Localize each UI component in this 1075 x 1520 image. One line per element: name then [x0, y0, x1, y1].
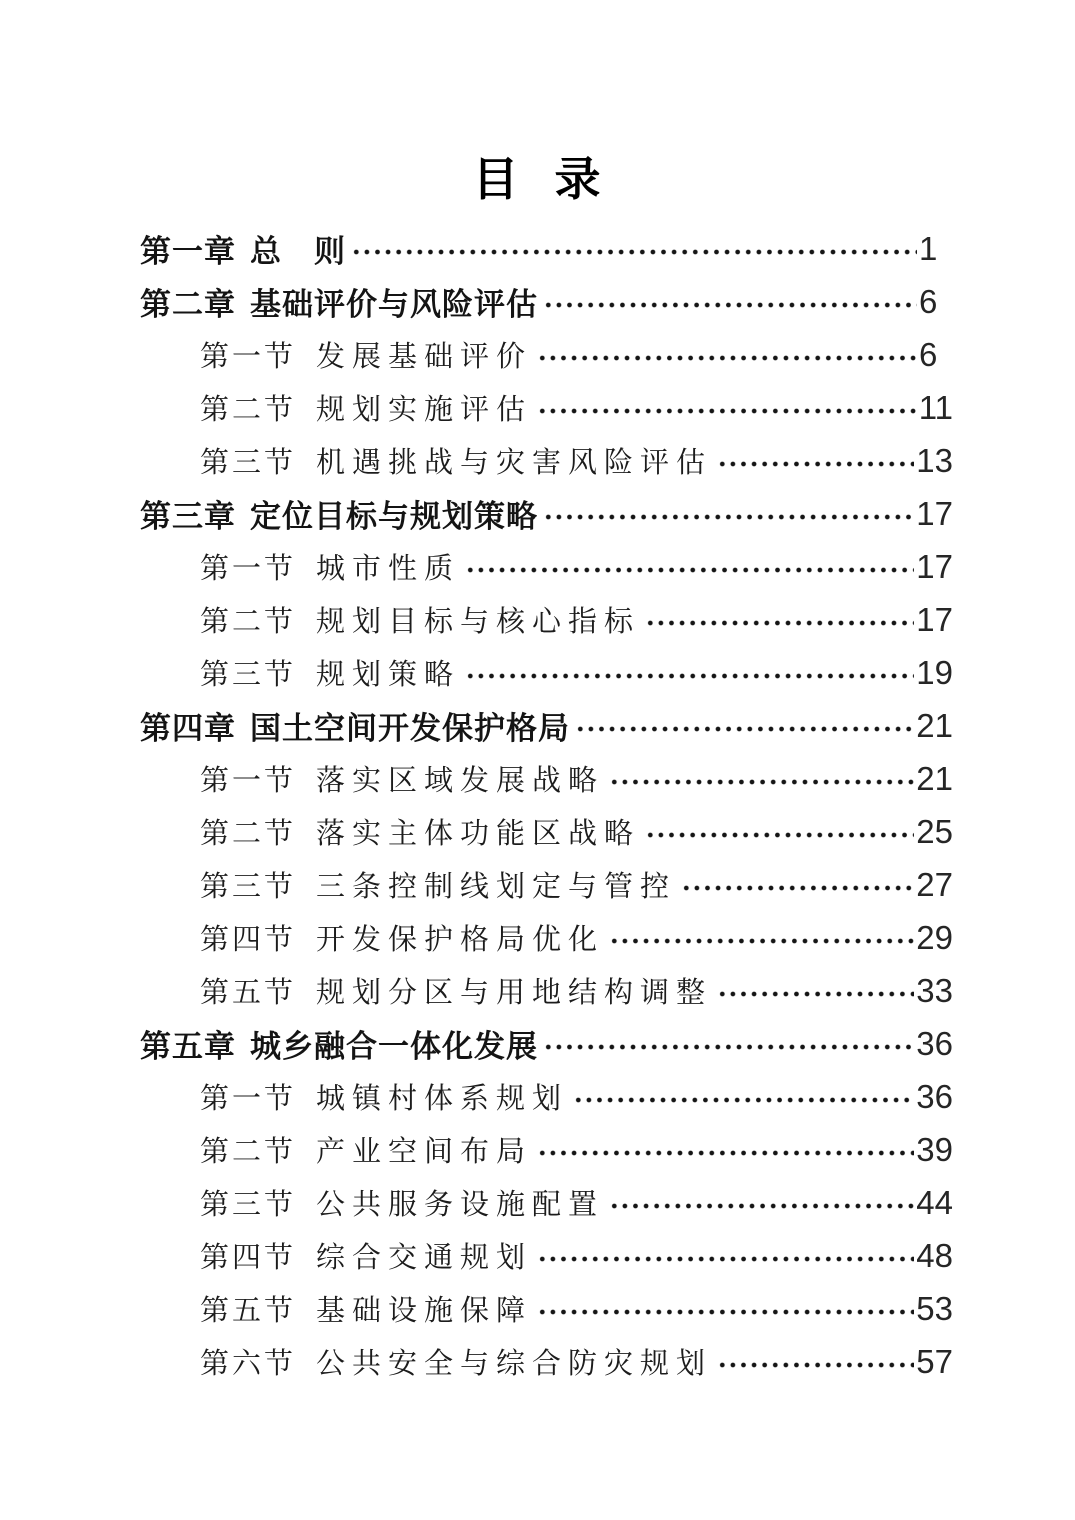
toc-list: 第一章总 则1第二章基础评价与风险评估6第一节发展基础评价6第二节规划实施评估1…: [140, 222, 953, 1388]
toc-entry: 第三节三条控制线划定与管控27: [140, 858, 953, 911]
toc-entry-title: 城市性质: [316, 546, 460, 587]
dot-leader: [575, 724, 914, 734]
page-number: 39: [916, 1131, 953, 1169]
toc-entry: 第五节基础设施保障53: [140, 1282, 953, 1335]
toc-entry: 第二节规划目标与核心指标17: [140, 593, 953, 646]
toc-entry: 第三章定位目标与规划策略17: [140, 487, 953, 540]
page-number: 44: [916, 1184, 953, 1222]
toc-entry: 第四章国土空间开发保护格局21: [140, 699, 953, 752]
toc-entry-label: 第二节: [200, 1129, 296, 1170]
toc-entry-label: 第四章: [140, 703, 236, 748]
dot-leader: [717, 989, 914, 999]
toc-entry-title: 规划分区与用地结构调整: [316, 970, 712, 1011]
toc-entry-label: 第二节: [200, 599, 296, 640]
dot-leader: [609, 777, 914, 787]
toc-entry-title: 国土空间开发保护格局: [250, 703, 570, 748]
toc-entry: 第二节落实主体功能区战略25: [140, 805, 953, 858]
toc-entry-label: 第一章: [140, 226, 236, 271]
dot-leader: [465, 671, 914, 681]
page-number: 6: [919, 336, 953, 374]
toc-entry: 第一章总 则1: [140, 222, 953, 275]
toc-entry: 第三节公共服务设施配置44: [140, 1176, 953, 1229]
toc-entry-title: 公共安全与综合防灾规划: [316, 1341, 712, 1382]
toc-entry-title: 基础设施保障: [316, 1288, 532, 1329]
dot-leader: [543, 512, 914, 522]
page-number: 27: [916, 866, 953, 904]
dot-leader: [645, 830, 914, 840]
toc-entry-label: 第三节: [200, 440, 296, 481]
toc-entry: 第四节开发保护格局优化29: [140, 911, 953, 964]
dot-leader: [645, 618, 914, 628]
toc-entry-label: 第四节: [200, 917, 296, 958]
dot-leader: [351, 247, 917, 257]
toc-entry: 第二章基础评价与风险评估6: [140, 275, 953, 328]
toc-entry-title: 发展基础评价: [316, 334, 532, 375]
toc-entry-label: 第六节: [200, 1341, 296, 1382]
toc-entry-label: 第三节: [200, 864, 296, 905]
page-number: 53: [916, 1290, 953, 1328]
dot-leader: [573, 1095, 914, 1105]
toc-entry: 第一节城镇村体系规划36: [140, 1070, 953, 1123]
toc-entry-label: 第三节: [200, 652, 296, 693]
toc-entry-title: 城镇村体系规划: [316, 1076, 568, 1117]
dot-leader: [717, 459, 914, 469]
dot-leader: [537, 1148, 914, 1158]
toc-entry-title: 三条控制线划定与管控: [316, 864, 676, 905]
dot-leader: [543, 300, 917, 310]
toc-entry-label: 第一节: [200, 334, 296, 375]
toc-entry-title: 开发保护格局优化: [316, 917, 604, 958]
page-number: 19: [916, 654, 953, 692]
toc-entry: 第二节产业空间布局39: [140, 1123, 953, 1176]
toc-entry: 第五章城乡融合一体化发展36: [140, 1017, 953, 1070]
toc-entry-title: 规划目标与核心指标: [316, 599, 640, 640]
page-number: 21: [916, 707, 953, 745]
page-number: 36: [916, 1078, 953, 1116]
page-number: 33: [916, 972, 953, 1010]
toc-entry-title: 规划实施评估: [316, 387, 532, 428]
page-number: 6: [919, 283, 953, 321]
toc-entry-title: 基础评价与风险评估: [250, 279, 538, 324]
dot-leader: [609, 936, 914, 946]
toc-entry-label: 第五节: [200, 1288, 296, 1329]
page-number: 48: [916, 1237, 953, 1275]
toc-entry: 第三节机遇挑战与灾害风险评估13: [140, 434, 953, 487]
toc-entry-title: 机遇挑战与灾害风险评估: [316, 440, 712, 481]
dot-leader: [537, 406, 917, 416]
page-title: 目 录: [0, 0, 1075, 212]
toc-entry: 第一节城市性质17: [140, 540, 953, 593]
toc-entry-label: 第五章: [140, 1021, 236, 1066]
toc-entry: 第五节规划分区与用地结构调整33: [140, 964, 953, 1017]
toc-entry-title: 定位目标与规划策略: [250, 491, 538, 536]
toc-entry-label: 第四节: [200, 1235, 296, 1276]
dot-leader: [681, 883, 914, 893]
toc-entry-title: 公共服务设施配置: [316, 1182, 604, 1223]
toc-entry-title: 城乡融合一体化发展: [250, 1021, 538, 1066]
toc-page: 目 录 第一章总 则1第二章基础评价与风险评估6第一节发展基础评价6第二节规划实…: [0, 0, 1075, 1520]
page-number: 36: [916, 1025, 953, 1063]
toc-entry-label: 第三节: [200, 1182, 296, 1223]
page-number: 1: [919, 230, 953, 268]
dot-leader: [609, 1201, 914, 1211]
toc-entry-title: 总 则: [250, 226, 346, 271]
toc-entry: 第一节发展基础评价6: [140, 328, 953, 381]
toc-entry-label: 第三章: [140, 491, 236, 536]
page-number: 29: [916, 919, 953, 957]
dot-leader: [465, 565, 914, 575]
toc-entry: 第四节综合交通规划48: [140, 1229, 953, 1282]
toc-entry-title: 产业空间布局: [316, 1129, 532, 1170]
toc-entry-label: 第二节: [200, 387, 296, 428]
page-number: 17: [916, 495, 953, 533]
dot-leader: [543, 1042, 914, 1052]
toc-entry-title: 落实区域发展战略: [316, 758, 604, 799]
dot-leader: [537, 353, 917, 363]
page-number: 21: [916, 760, 953, 798]
toc-entry-label: 第二章: [140, 279, 236, 324]
dot-leader: [717, 1360, 914, 1370]
toc-entry-label: 第一节: [200, 758, 296, 799]
toc-entry: 第一节落实区域发展战略21: [140, 752, 953, 805]
toc-entry-label: 第五节: [200, 970, 296, 1011]
page-number: 17: [916, 548, 953, 586]
toc-entry-label: 第一节: [200, 1076, 296, 1117]
toc-entry-title: 落实主体功能区战略: [316, 811, 640, 852]
toc-entry: 第六节公共安全与综合防灾规划57: [140, 1335, 953, 1388]
page-number: 11: [919, 389, 953, 427]
toc-entry: 第二节规划实施评估11: [140, 381, 953, 434]
dot-leader: [537, 1254, 914, 1264]
toc-entry-title: 规划策略: [316, 652, 460, 693]
toc-entry-label: 第一节: [200, 546, 296, 587]
dot-leader: [537, 1307, 914, 1317]
toc-entry-label: 第二节: [200, 811, 296, 852]
toc-entry-title: 综合交通规划: [316, 1235, 532, 1276]
page-number: 13: [916, 442, 953, 480]
page-number: 25: [916, 813, 953, 851]
toc-entry: 第三节规划策略19: [140, 646, 953, 699]
page-number: 17: [916, 601, 953, 639]
page-number: 57: [916, 1343, 953, 1381]
